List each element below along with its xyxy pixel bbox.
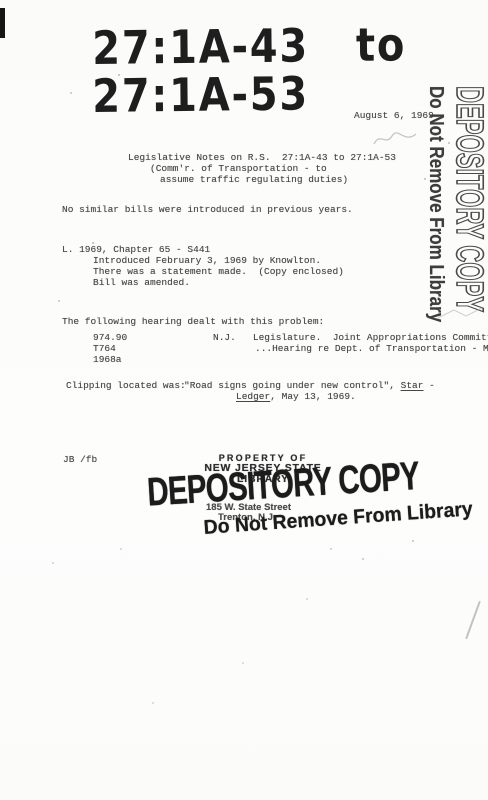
chapter-line: L. 1969, Chapter 65 - S441 [62,245,210,255]
clipping-dash: - [423,380,434,391]
vertical-stamp-copy-text: DEPOSITORY COPY [449,86,488,312]
handwritten-citation-line1: 27:1A-43 to [92,20,406,72]
no-similar-bills-line: No similar bills were introduced in prev… [62,205,353,215]
vertical-stamp-remove-text: Do Not Remove From Library [425,86,447,322]
heading-line-3: assume traffic regulating duties) [160,175,348,185]
clipping-source-star: Star [401,380,424,391]
clipping-quote: "Road signs going under new control", [184,380,401,391]
scratch-line [465,601,480,639]
introduced-line: Introduced February 3, 1969 by Knowlton. [93,256,321,266]
scan-noise [0,0,2,2]
clipping-tail: , May 13, 1969. [270,391,356,402]
pencil-squiggle [372,126,420,152]
clipping-label: Clipping located was: [66,381,186,391]
statement-line: There was a statement made. (Copy enclos… [93,267,344,277]
clipping-source-ledger: Ledger [236,391,270,402]
clipping-text-line-1: "Road signs going under new control", St… [184,381,435,391]
heading-line-2: (Comm'r. of Transportation - to [150,164,327,174]
pencil-tick [436,304,486,326]
clipping-text-line-2: Ledger, May 13, 1969. [236,392,356,402]
call-number-line-1: 974.90 [93,333,127,343]
heading-line-1: Legislative Notes on R.S. 27:1A-43 to 27… [128,153,396,163]
hearing-detail-line-2: ...Hearing re Dept. of Transportation - … [255,344,488,354]
amended-line: Bill was amended. [93,278,190,288]
handwritten-citation-line2: 27:1A-53 [92,69,309,120]
call-number-line-2: T764 [93,344,116,354]
call-number-line-3: 1968a [93,355,122,365]
vertical-depository-stamp: DEPOSITORY COPY Do Not Remove From Libra… [419,86,488,338]
hearing-intro-line: The following hearing dealt with this pr… [62,317,324,327]
scan-edge-mark [0,8,5,38]
typist-initials: JB /fb [63,455,97,465]
document-page: 27:1A-43 to 27:1A-53 August 6, 1969 Legi… [0,0,488,800]
